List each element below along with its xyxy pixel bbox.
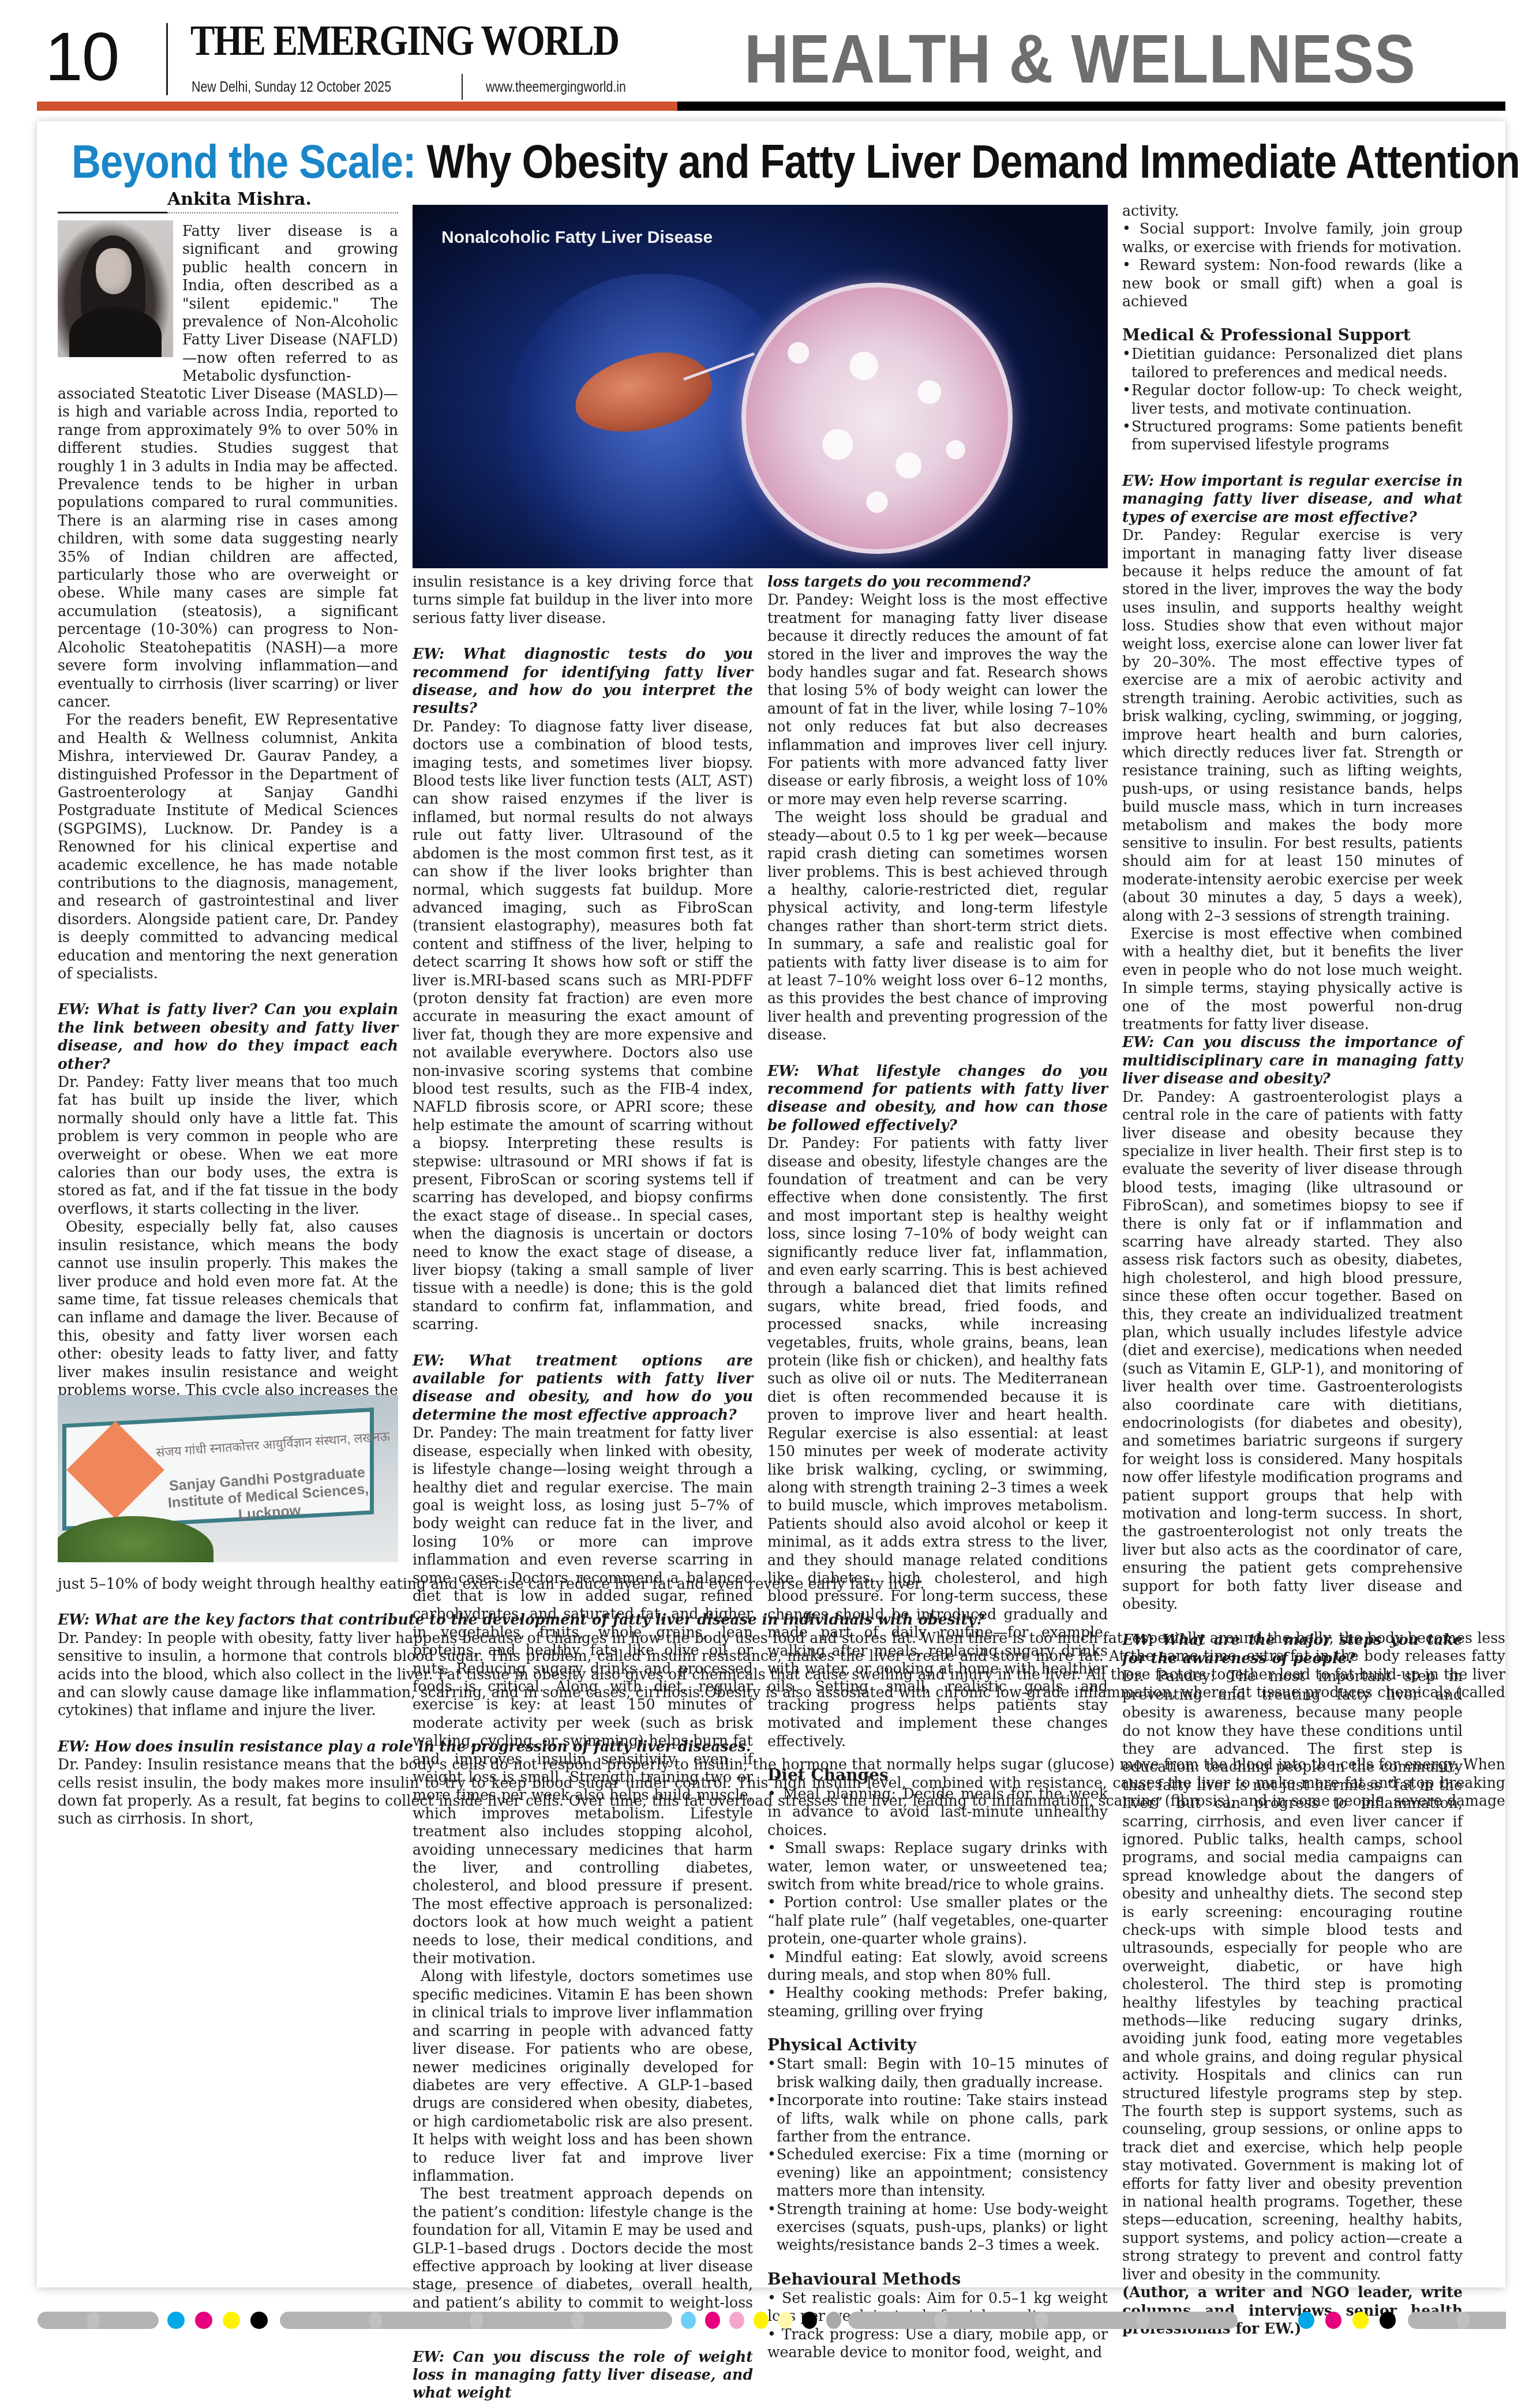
- cyan-dot: [1298, 2312, 1314, 2329]
- list-item: Small swaps: Replace sugary drinks with …: [767, 1839, 1108, 1893]
- answer-paragraph: insulin resistance is a key driving forc…: [413, 573, 753, 627]
- gray-bar: [280, 2312, 672, 2329]
- list-item: Social support: Involve family, join gro…: [1122, 220, 1463, 256]
- answer-paragraph: The weight loss should be gradual and st…: [767, 808, 1108, 1044]
- masthead-divider: [166, 23, 168, 95]
- column-4: activity. Social support: Involve family…: [1122, 202, 1463, 2338]
- light-yellow-dot: [778, 2312, 793, 2329]
- diet-changes-heading: Diet Changes: [767, 1765, 1108, 1785]
- article-card: Beyond the Scale: Why Obesity and Fatty …: [37, 121, 1505, 2287]
- magenta-dot: [195, 2312, 212, 2329]
- medical-support-list: Dietitian guidance: Personalized diet pl…: [1122, 345, 1463, 453]
- answer-paragraph: Dr. Pandey: Regular exercise is very imp…: [1122, 526, 1463, 925]
- list-item: Healthy cooking methods: Prefer baking, …: [767, 1984, 1108, 2020]
- body-paragraph: associated Steatotic Liver Disease (MASL…: [58, 385, 398, 711]
- list-item: Incorporate into routine: Take stairs in…: [767, 2091, 1108, 2146]
- yellow-dot: [223, 2312, 240, 2329]
- answer-paragraph: Dr. Pandey: A gastroenterologist plays a…: [1122, 1088, 1463, 1614]
- intro-paragraph: Fatty liver disease is a significant and…: [182, 222, 398, 385]
- dateline-divider: [462, 74, 463, 100]
- author-name: Ankita Mishra.: [167, 189, 312, 209]
- section-title: HEALTH & WELLNESS: [744, 25, 1416, 93]
- magenta-dot: [705, 2312, 720, 2329]
- gray-bar: [1408, 2312, 1506, 2329]
- gray-dot: [826, 2312, 841, 2329]
- physical-activity-heading: Physical Activity: [767, 2035, 1108, 2055]
- list-item: Dietitian guidance: Personalized diet pl…: [1122, 345, 1463, 381]
- answer-paragraph: The best treatment approach depends on t…: [413, 2185, 753, 2330]
- diet-changes-list: Meal planning: Decide meals for the week…: [767, 1785, 1108, 2020]
- list-item: Regular doctor follow-up: To check weigh…: [1122, 381, 1463, 418]
- author-photo: [58, 220, 173, 357]
- column-2: insulin resistance is a key driving forc…: [413, 573, 753, 2402]
- list-item: Structured programs: Some patients benef…: [1122, 418, 1463, 454]
- answer-paragraph: Dr. Pandey: To diagnose fatty liver dise…: [413, 718, 753, 1334]
- answer-paragraph: Dr. Pandey: The most important step in p…: [1122, 1667, 1463, 2283]
- author-note: (Author, a writer and NGO leader, write …: [1122, 2283, 1463, 2338]
- gray-bar: [38, 2312, 159, 2329]
- question-heading: EW: What is fatty liver? Can you explain…: [58, 1000, 398, 1073]
- list-item: Meal planning: Decide meals for the week…: [767, 1785, 1108, 1839]
- black-dot: [802, 2312, 817, 2329]
- byline-rule: [58, 212, 167, 213]
- column-3: loss targets do you recommend? Dr. Pande…: [767, 573, 1108, 2361]
- institute-photo: संजय गांधी स्नातकोत्तर आयुर्विज्ञान संस्…: [58, 1395, 398, 1562]
- light-magenta-dot: [729, 2312, 744, 2329]
- list-item: Reward system: Non-food rewards (like a …: [1122, 256, 1463, 310]
- list-item: Scheduled exercise: Fix a time (morning …: [767, 2146, 1108, 2200]
- gray-bar: [848, 2312, 1238, 2329]
- body-paragraph: For the readers benefit, EW Representati…: [58, 711, 398, 982]
- hero-image-fatty-liver: Nonalcoholic Fatty Liver Disease: [413, 205, 1108, 568]
- magenta-dot: [1325, 2312, 1341, 2329]
- byline-dotted-rule: [167, 212, 398, 213]
- question-heading: EW: How important is regular exercise in…: [1122, 472, 1463, 526]
- liver-tissue-magnified: [741, 283, 1013, 554]
- black-dot: [250, 2312, 268, 2329]
- black-rule: [677, 102, 1505, 111]
- question-heading: EW: Can you discuss the role of weight l…: [413, 2348, 753, 2402]
- column-1: associated Steatotic Liver Disease (MASL…: [58, 385, 398, 1454]
- newspaper-name: THE EMERGING WORLD: [190, 20, 619, 62]
- black-dot: [1380, 2312, 1396, 2329]
- author-face: [96, 248, 132, 294]
- question-heading: EW: What diagnostic tests do you recomme…: [413, 645, 753, 718]
- list-item: Portion control: Use smaller plates or t…: [767, 1893, 1108, 1948]
- question-heading: EW: What treatment options are available…: [413, 1352, 753, 1424]
- website-link[interactable]: www.theemergingworld.in: [486, 78, 626, 96]
- yellow-dot: [1352, 2312, 1369, 2329]
- dateline: New Delhi, Sunday 12 October 2025: [192, 78, 391, 96]
- headline: Beyond the Scale: Why Obesity and Fatty …: [72, 137, 1520, 187]
- hero-image-title: Nonalcoholic Fatty Liver Disease: [441, 228, 713, 247]
- headline-kicker: Beyond the Scale:: [72, 136, 416, 188]
- behavioural-methods-heading: Behavioural Methods: [767, 2270, 1108, 2289]
- list-continuation: activity.: [1122, 202, 1463, 220]
- question-heading: loss targets do you recommend?: [767, 573, 1108, 591]
- question-heading: EW: Can you discuss the importance of mu…: [1122, 1033, 1463, 1087]
- answer-paragraph: Dr. Pandey: For patients with fatty live…: [767, 1134, 1108, 1750]
- answer-paragraph: Exercise is most effective when combined…: [1122, 925, 1463, 1033]
- medical-support-heading: Medical & Professional Support: [1122, 325, 1463, 345]
- cyan-dot: [167, 2312, 185, 2329]
- question-heading: EW: What are the major steps you take fo…: [1122, 1631, 1463, 1667]
- orange-rule: [37, 102, 677, 111]
- author-clothing: [69, 307, 162, 357]
- answer-paragraph: Dr. Pandey: Fatty liver means that too m…: [58, 1073, 398, 1218]
- headline-main: Why Obesity and Fatty Liver Demand Immed…: [416, 136, 1520, 188]
- masthead: 10 THE EMERGING WORLD New Delhi, Sunday …: [0, 0, 1529, 127]
- page-number: 10: [45, 23, 118, 91]
- light-cyan-dot: [681, 2312, 696, 2329]
- answer-paragraph: Along with lifestyle, doctors sometimes …: [413, 1967, 753, 2185]
- list-item: Strength training at home: Use body-weig…: [767, 2200, 1108, 2255]
- list-item: Track progress: Use a diary, mobile app,…: [767, 2326, 1108, 2362]
- question-heading: EW: What lifestyle changes do you recomm…: [767, 1062, 1108, 1135]
- byline: Ankita Mishra.: [58, 193, 398, 216]
- answer-paragraph: Dr. Pandey: Weight loss is the most effe…: [767, 591, 1108, 808]
- list-item: Start small: Begin with 10–15 minutes of…: [767, 2055, 1108, 2091]
- behavioural-methods-list-continued: Social support: Involve family, join gro…: [1122, 220, 1463, 310]
- yellow-dot: [754, 2312, 769, 2329]
- list-item: Mindful eating: Eat slowly, avoid screen…: [767, 1948, 1108, 1985]
- physical-activity-list: Start small: Begin with 10–15 minutes of…: [767, 2055, 1108, 2254]
- answer-paragraph: Dr. Pandey: The main treatment for fatty…: [413, 1424, 753, 1967]
